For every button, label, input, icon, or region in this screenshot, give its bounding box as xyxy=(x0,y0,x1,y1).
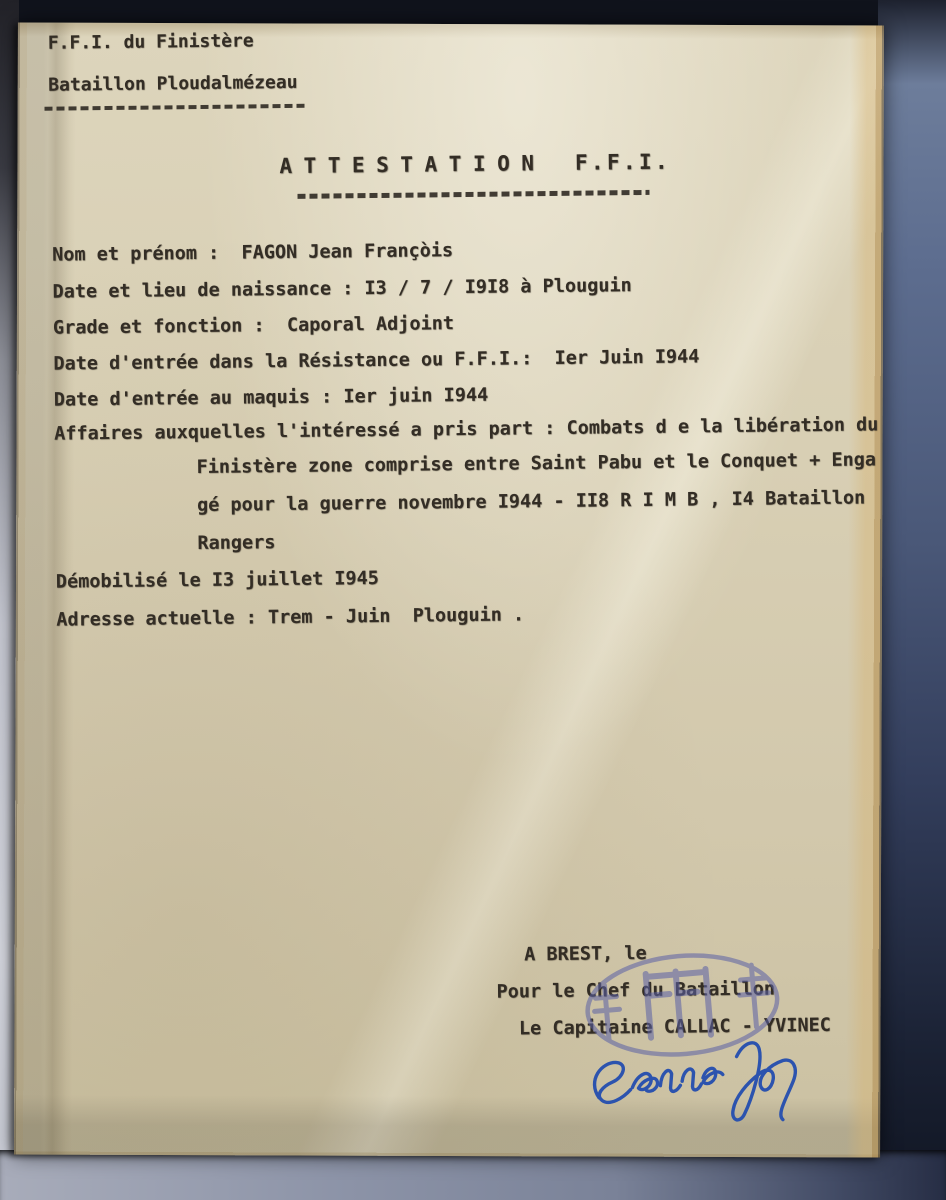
field-actions-1: Affaires auxquelles l'intéressé a pris p… xyxy=(54,414,878,444)
field-actions-4: Rangers xyxy=(197,532,275,554)
field-demobilized: Démobilisé le I3 juillet I945 xyxy=(56,568,379,593)
field-resistance-date: Date d'entrée dans la Résistance ou F.F.… xyxy=(53,346,699,374)
attestation-document-page: F.F.I. du Finistère Bataillon Ploudalméz… xyxy=(14,22,884,1157)
field-actions-2: Finistère zone comprise entre Saint Pabu… xyxy=(196,449,876,478)
field-maquis-date: Date d'entrée au maquis : Ier juin I944 xyxy=(54,385,489,411)
field-birth: Date et lieu de naissance : I3 / 7 / I9I… xyxy=(52,275,631,303)
title-dashed-rule xyxy=(297,190,649,199)
letterhead-org: F.F.I. du Finistère xyxy=(48,30,254,53)
title-word: ATTESTATION xyxy=(279,151,545,178)
field-rank: Grade et fonction : Caporal Adjoint xyxy=(53,313,454,339)
handwritten-signature xyxy=(582,1026,822,1139)
title-suffix: F.F.I. xyxy=(575,150,671,175)
document-title: ATTESTATIONF.F.I. xyxy=(265,149,685,178)
letterhead-unit: Bataillon Ploudalmézeau xyxy=(48,72,297,96)
field-name: Nom et prénom : FAGON Jean Françòis xyxy=(52,240,453,266)
field-actions-3: gé pour la guerre novembre I944 - II8 R … xyxy=(197,487,865,516)
field-address: Adresse actuelle : Trem - Juin Plouguin … xyxy=(56,604,524,630)
letterhead-dashed-rule xyxy=(44,104,306,111)
background-table-edge xyxy=(0,1150,946,1200)
